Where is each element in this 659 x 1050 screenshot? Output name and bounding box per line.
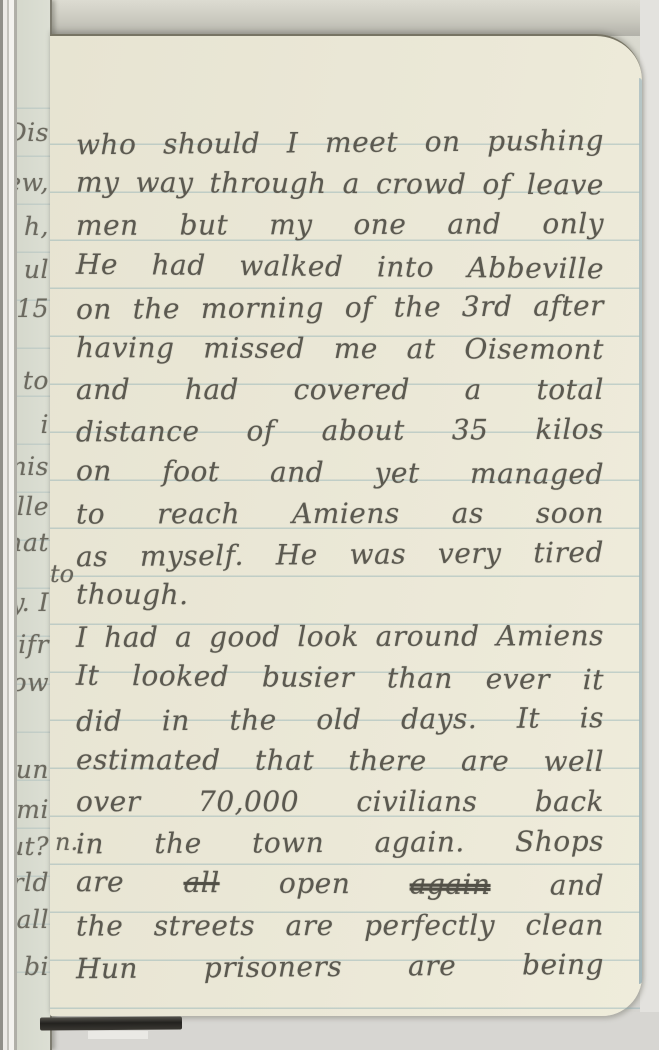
word: clean (525, 908, 603, 941)
word: there (348, 744, 426, 777)
word: are (76, 866, 124, 899)
word: as (76, 540, 108, 573)
word: very (438, 537, 502, 571)
handwriting-line: toreachAmiensassoon (76, 492, 604, 534)
word: crowd (376, 167, 466, 200)
scanner-backing-right (640, 0, 659, 1050)
word: on (76, 454, 112, 487)
handwriting-line: Itlookedbusierthaneverit (76, 655, 604, 701)
word: and (270, 455, 324, 488)
handwriting-line: havingmissedmeatOisemont (76, 327, 604, 370)
word: and (76, 373, 130, 406)
word: missed (203, 332, 305, 365)
word: perfectly (364, 908, 495, 941)
word: estimated (76, 743, 221, 777)
page-fragment: nis (17, 452, 49, 481)
word: look (297, 620, 359, 653)
word: in (76, 828, 104, 861)
page-fragment: bi (24, 952, 49, 981)
word: Hun (76, 952, 138, 986)
struck-word: all (183, 866, 219, 899)
handwriting-line: andhadcoveredatotal (76, 369, 604, 410)
word: prisoners (204, 950, 343, 984)
word: Amiens (292, 497, 400, 530)
word: of (482, 168, 510, 201)
word: than (387, 662, 453, 696)
word: of (345, 291, 373, 324)
handwriting-line: onthemorningofthe3rdafter (76, 285, 604, 330)
handwriting-line: estimatedthattherearewell (76, 739, 604, 782)
page-fragment: mi (17, 795, 49, 824)
handwriting-line: over70,000civiliansback (76, 781, 604, 822)
handwriting-line: Hunprisonersarebeing (76, 943, 604, 989)
word: a (175, 621, 192, 654)
word: men (76, 209, 139, 242)
word: are (461, 744, 509, 777)
word: soon (536, 496, 604, 529)
word: 70,000 (198, 785, 299, 818)
word: as (452, 497, 484, 530)
handwriting-line: inthetownagain.Shops (76, 821, 604, 865)
word: are (285, 909, 333, 942)
stray-mark: to (50, 560, 74, 588)
handwriting-line: menbutmyoneandonly (76, 203, 604, 246)
word: around (376, 620, 480, 653)
stray-mark: n. (55, 828, 78, 856)
word: pushing (487, 124, 604, 158)
page-fragment: Dis (17, 118, 49, 147)
page-fragment: ut? (17, 832, 49, 861)
scanner-shadow-top (0, 0, 659, 36)
word: meet (325, 126, 398, 160)
word: walked (239, 249, 343, 283)
word: on (76, 292, 112, 325)
word: who (76, 128, 137, 162)
word: one (353, 208, 406, 241)
word: that (255, 744, 314, 777)
word: town (252, 826, 324, 859)
word: covered (294, 373, 410, 406)
word: over (76, 785, 141, 818)
page-fragment: rld (17, 868, 49, 897)
page-fragment: ul (24, 255, 49, 284)
word: tired (533, 536, 604, 570)
word: being (522, 948, 604, 982)
handwriting-line: asmyself.Hewasverytired (76, 532, 604, 578)
word: leave (527, 168, 604, 201)
word: in (162, 704, 190, 737)
page-fragment: new, (17, 168, 49, 197)
word: civilians (356, 785, 477, 818)
handwriting-line: mywaythroughacrowdofleave (76, 162, 604, 206)
word: though. (76, 578, 189, 612)
word: a (465, 373, 482, 406)
word: but (179, 209, 228, 242)
word: of (246, 415, 274, 448)
word: into (377, 250, 434, 283)
word: Amiens (496, 619, 604, 652)
word: 3rd (462, 290, 513, 323)
word: days. (401, 702, 477, 736)
page-fragment: hall (17, 905, 49, 934)
word: Oisemont (464, 332, 604, 365)
word: myself. (140, 539, 244, 573)
handwriting-line: didintheolddays.Itis (76, 697, 604, 742)
word: the (229, 703, 277, 736)
word: way (135, 166, 193, 199)
word: only (542, 208, 604, 241)
handwriting-line: though. (76, 574, 604, 618)
handwriting-line: IhadagoodlookaroundAmiens (76, 615, 604, 658)
page-deckle-edge (639, 78, 642, 984)
word: the (76, 909, 123, 942)
word: It (517, 701, 541, 734)
page-stack-edge (0, 0, 17, 1050)
word: managed (470, 457, 604, 491)
handwriting-line: HehadwalkedintoAbbeville (76, 243, 604, 289)
word: my (269, 209, 312, 242)
word: total (536, 373, 604, 406)
word: and (447, 208, 501, 241)
word: after (533, 289, 604, 322)
handwriting-line: distanceofabout35kilos (76, 409, 604, 453)
word: a (343, 167, 360, 200)
word: again. (374, 826, 464, 859)
word: 35 (452, 414, 489, 447)
word: are (408, 949, 456, 982)
word: I (76, 621, 88, 654)
page-fragment: i (41, 410, 50, 439)
page-fragment: un (17, 755, 49, 784)
previous-page-strip: Disnew,h,ul15toinisallehaty. Iifrlowunmi… (17, 0, 52, 1050)
word: old (316, 703, 361, 736)
word: on (425, 125, 461, 158)
page-fragment: hat (17, 528, 49, 557)
word: at (407, 332, 436, 365)
word: streets (154, 909, 255, 942)
word: it (583, 664, 605, 697)
word: the (154, 827, 202, 860)
page-fragment: y. I (17, 588, 49, 617)
word: the (394, 290, 442, 323)
handwriting-line: areallopenagainand (76, 862, 604, 907)
word: I (287, 126, 299, 159)
word: is (580, 701, 605, 734)
word: looked (132, 660, 229, 694)
word: the (133, 292, 181, 325)
page-fragment: ifr (18, 630, 49, 659)
word: Abbeville (467, 251, 604, 285)
word: to (76, 497, 105, 530)
page-fragment: to (23, 366, 49, 395)
word: was (349, 537, 406, 570)
word: yet (374, 456, 419, 489)
word: ever (486, 663, 551, 697)
word: reach (157, 497, 240, 530)
struck-word: again (410, 868, 491, 902)
word: should (163, 127, 260, 161)
scanned-diary-photo: Disnew,h,ul15toinisallehaty. Iifrlowunmi… (0, 0, 659, 1050)
page-fragment: 15 (17, 294, 49, 323)
word: back (535, 785, 604, 818)
handwriting-line: whoshouldImeetonpushing (76, 120, 604, 166)
handwriting-block: whoshouldImeetonpushingmywaythroughacrow… (76, 122, 604, 987)
word: my (76, 166, 120, 199)
page-fragment: alle (17, 492, 49, 521)
word: about (322, 414, 405, 447)
word: distance (76, 415, 200, 449)
word: good (209, 621, 281, 654)
handwriting-line: onfootandyetmanaged (76, 450, 604, 495)
word: open (279, 867, 351, 900)
word: busier (262, 661, 355, 695)
word: He (276, 538, 318, 571)
word: well (543, 745, 604, 778)
binder-clip-strip (40, 1017, 182, 1031)
handwriting-line: thestreetsareperfectlyclean (76, 904, 604, 946)
word: through (209, 167, 326, 201)
word: kilos (535, 413, 604, 446)
word: having (76, 331, 175, 364)
word: did (76, 704, 123, 737)
word: me (334, 332, 378, 365)
word: He (76, 247, 118, 280)
word: morning (201, 291, 324, 325)
page-fragment: h, (24, 212, 49, 241)
word: had (104, 621, 158, 654)
notebook-page: whoshouldImeetonpushingmywaythroughacrow… (50, 34, 642, 1016)
word: It (76, 659, 100, 692)
word: Shops (515, 825, 604, 858)
word: foot (162, 454, 220, 487)
word: and (550, 869, 604, 902)
word: had (151, 248, 205, 281)
word: had (185, 373, 239, 406)
page-fragment: low (17, 668, 49, 697)
binder-clip-highlight (88, 1031, 148, 1039)
